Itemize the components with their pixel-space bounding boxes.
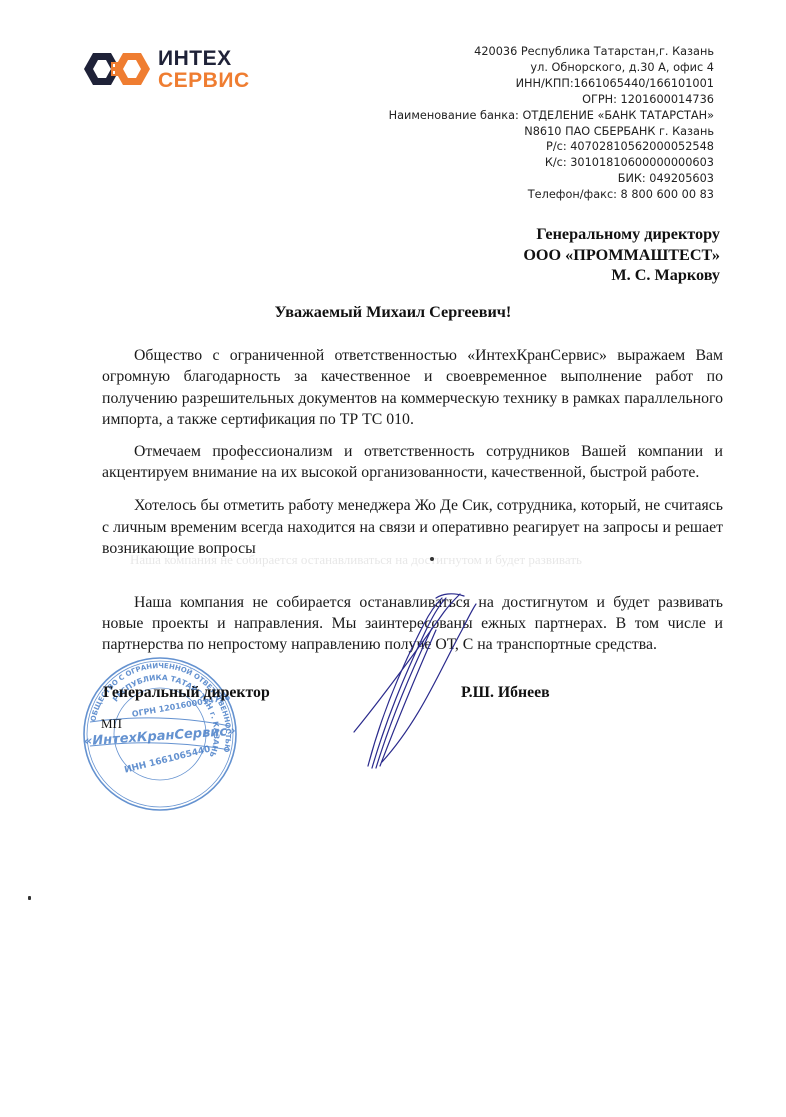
stamp-place-mark: МП — [101, 716, 122, 732]
requisite-account: Р/с: 40702810562000052548 — [389, 139, 714, 155]
requisite-bank: Наименование банка: ОТДЕЛЕНИЕ «БАНК ТАТА… — [389, 108, 714, 124]
requisite-corr-account: К/с: 30101810600000000603 — [389, 155, 714, 171]
requisite-bik: БИК: 049205603 — [389, 171, 714, 187]
company-requisites: 420036 Республика Татарстан,г. Казань ул… — [389, 44, 714, 203]
paragraph-gratitude: Общество с ограниченной ответственностью… — [102, 345, 723, 431]
requisite-inn-kpp: ИНН/КПП:1661065440/166101001 — [389, 76, 714, 92]
addressee-name: М. С. Маркову — [523, 265, 720, 286]
requisite-phone: Телефон/факс: 8 800 600 00 83 — [389, 187, 714, 203]
requisite-bank-branch: N8610 ПАО СБЕРБАНК г. Казань — [389, 124, 714, 140]
logo-wordmark: ИНТЕХ СЕРВИС — [158, 48, 250, 92]
addressee-position: Генеральному директору — [523, 224, 720, 245]
intex-logo-icon — [82, 50, 152, 88]
logo-line-2: СЕРВИС — [158, 70, 250, 92]
addressee-block: Генеральному директору ООО «ПРОММАШТЕСТ»… — [523, 224, 720, 286]
salutation: Уважаемый Михаил Сергеевич! — [0, 303, 786, 322]
requisite-address: 420036 Республика Татарстан,г. Казань — [389, 44, 714, 60]
company-logo: ИНТЕХ СЕРВИС — [82, 46, 272, 94]
paragraph-professionalism: Отмечаем профессионализм и ответственнос… — [102, 441, 723, 484]
handwritten-signature — [340, 590, 500, 770]
company-stamp: ОБЩЕСТВО С ОГРАНИЧЕННОЙ ОТВЕТСТВЕННОСТЬЮ… — [80, 654, 240, 814]
addressee-company: ООО «ПРОММАШТЕСТ» — [523, 245, 720, 266]
logo-line-1: ИНТЕХ — [158, 48, 250, 70]
scan-speck — [430, 557, 434, 561]
requisite-street: ул. Обнорского, д.30 А, офис 4 — [389, 60, 714, 76]
requisite-ogrn: ОГРН: 1201600014736 — [389, 92, 714, 108]
paragraph-manager: Хотелось бы отметить работу менеджера Жо… — [102, 495, 723, 559]
signatory-title: Генеральный директор — [103, 684, 270, 702]
scan-speck — [28, 896, 31, 900]
